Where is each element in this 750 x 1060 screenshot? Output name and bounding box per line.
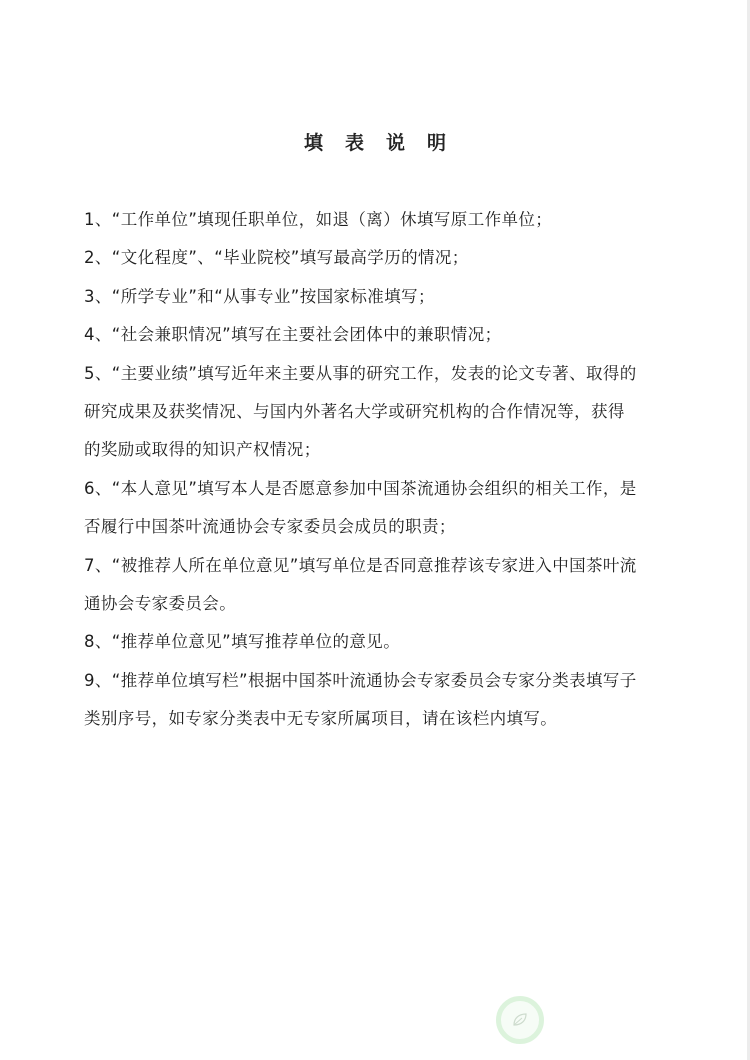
instruction-line-5c: 的奖励或取得的知识产权情况； [84, 436, 674, 474]
leaf-logo-icon [496, 996, 544, 1044]
instruction-line-6b: 否履行中国茶叶流通协会专家委员会成员的职责； [84, 513, 674, 551]
instruction-line-4: 4、“社会兼职情况”填写在主要社会团体中的兼职情况； [84, 321, 674, 359]
page-title: 填表说明 [0, 128, 750, 155]
instruction-line-2: 2、“文化程度”、“毕业院校”填写最高学历的情况； [84, 244, 674, 282]
instruction-line-6a: 6、“本人意见”填写本人是否愿意参加中国茶流通协会组织的相关工作，是 [84, 475, 674, 513]
instruction-line-7b: 通协会专家委员会。 [84, 590, 674, 628]
instruction-line-3: 3、“所学专业”和“从事专业”按国家标准填写； [84, 283, 674, 321]
instruction-line-8: 8、“推荐单位意见”填写推荐单位的意见。 [84, 628, 674, 666]
instruction-line-5a: 5、“主要业绩”填写近年来主要从事的研究工作，发表的论文专著、取得的 [84, 360, 674, 398]
instruction-line-1: 1、“工作单位”填现任职单位，如退（离）休填写原工作单位； [84, 206, 674, 244]
instruction-line-9b: 类别序号，如专家分类表中无专家所属项目，请在该栏内填写。 [84, 705, 674, 743]
instruction-line-7a: 7、“被推荐人所在单位意见”填写单位是否同意推荐该专家进入中国茶叶流 [84, 552, 674, 590]
leaf-icon [510, 1010, 530, 1030]
instruction-line-5b: 研究成果及获奖情况、与国内外著名大学或研究机构的合作情况等，获得 [84, 398, 674, 436]
instruction-line-9a: 9、“推荐单位填写栏”根据中国茶叶流通协会专家委员会专家分类表填写子 [84, 667, 674, 705]
instructions-body: 1、“工作单位”填现任职单位，如退（离）休填写原工作单位； 2、“文化程度”、“… [84, 206, 674, 743]
